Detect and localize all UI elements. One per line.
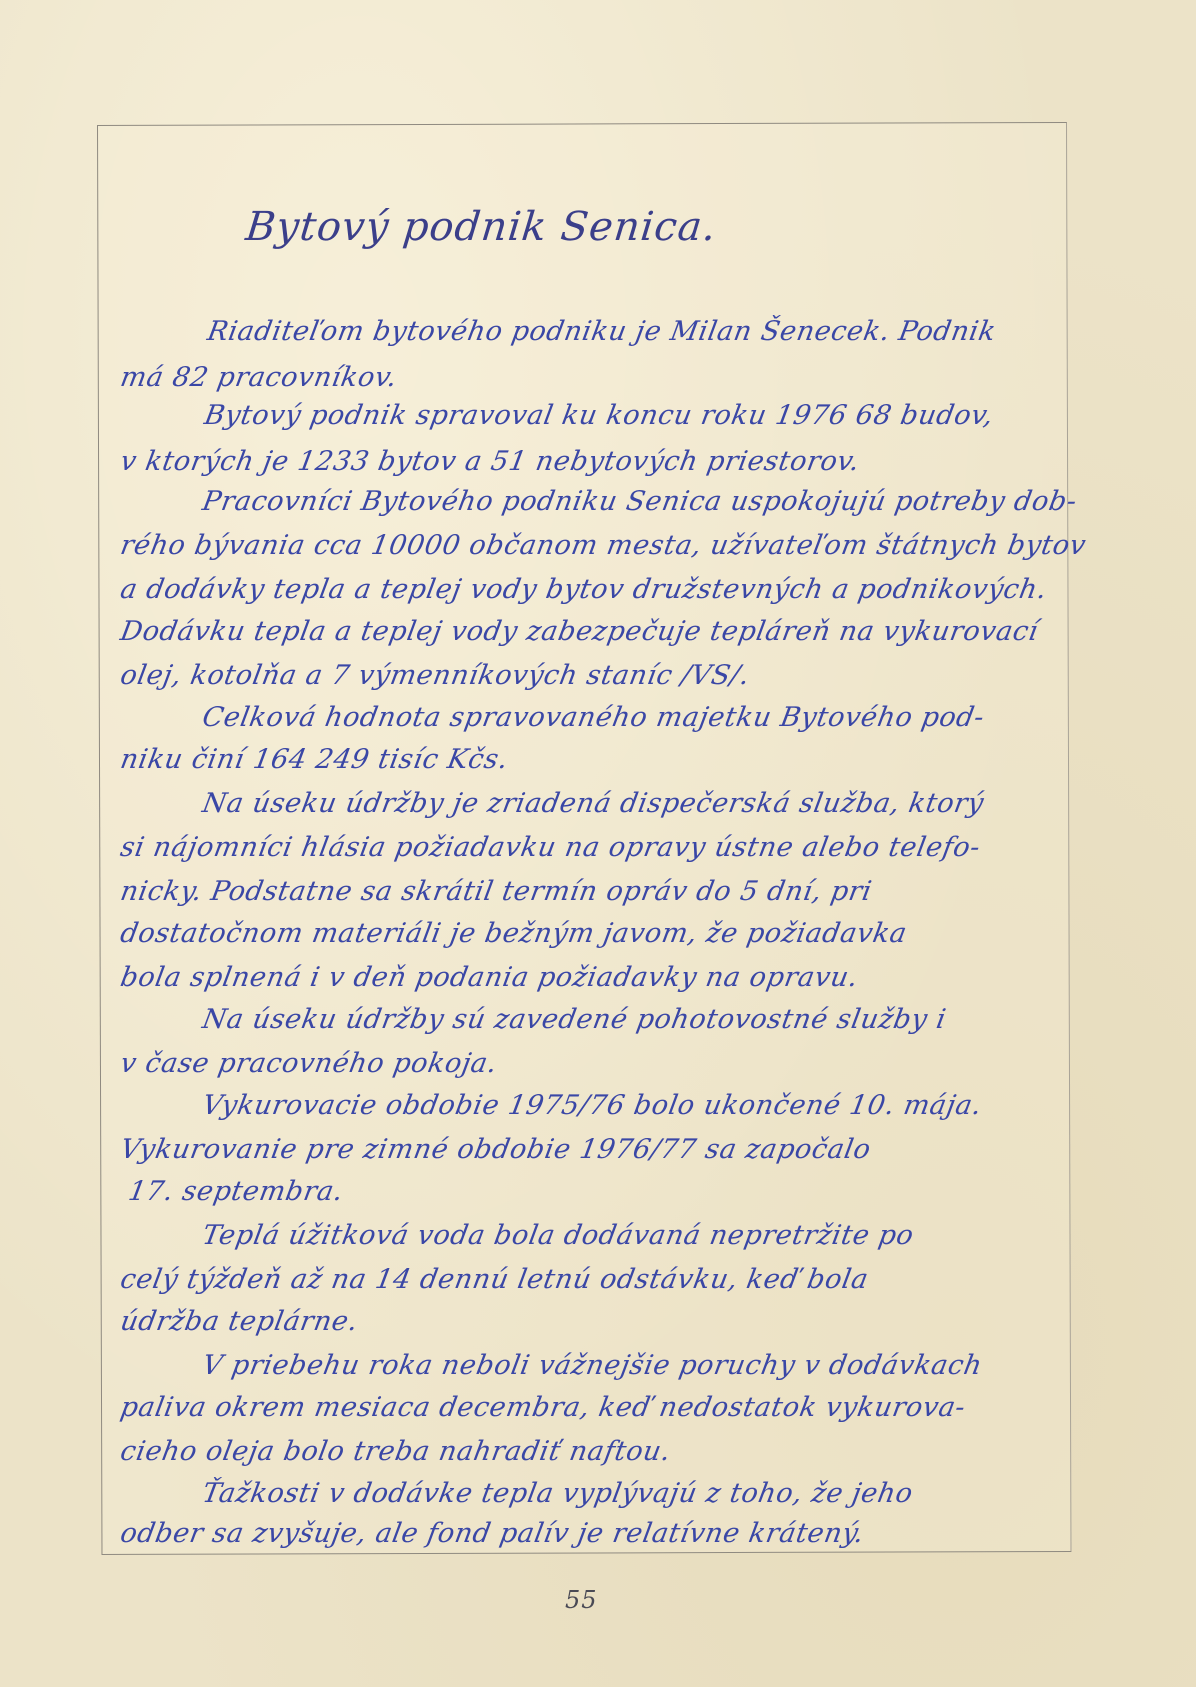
handwritten-line: Riaditeľom bytového podniku je Milan Šen… [205,316,998,347]
handwritten-line: Dodávku tepla a teplej vody zabezpečuje … [118,616,1041,647]
handwritten-line: údržba teplárne. [118,1306,361,1337]
handwritten-line: a dodávky tepla a teplej vody bytov druž… [118,574,1049,605]
handwritten-line: nicky. Podstatne sa skrátil termín opráv… [118,876,874,907]
handwritten-line: olej, kotolňa a 7 výmenníkových staníc /… [118,660,752,691]
handwritten-line: niku činí 164 249 tisíc Kčs. [118,744,511,775]
page-number: 55 [565,1586,598,1614]
handwritten-line: Teplá úžitková voda bola dodávaná nepret… [200,1220,916,1251]
handwritten-line: Bytový podnik spravoval ku koncu roku 19… [202,400,996,431]
handwritten-line: Celková hodnota spravovaného majetku Byt… [200,702,987,733]
handwritten-line: v čase pracovného pokoja. [118,1048,500,1079]
handwritten-line: cieho oleja bolo treba nahradiť naftou. [118,1436,673,1467]
handwritten-line: bola splnená i v deň podania požiadavky … [118,962,861,993]
handwritten-line: Na úseku údržby je zriadená dispečerská … [200,788,986,819]
handwritten-line: má 82 pracovníkov. [118,362,400,393]
handwritten-line: Pracovníci Bytového podniku Senica uspok… [200,486,1079,517]
handwritten-line: Na úseku údržby sú zavedené pohotovostné… [200,1004,949,1035]
handwritten-line: celý týždeň až na 14 dennú letnú odstávk… [118,1264,871,1295]
handwritten-line: rého bývania cca 10000 občanom mesta, už… [118,530,1088,561]
handwritten-line: V priebehu roka neboli vážnejšie poruchy… [200,1350,985,1381]
handwritten-line: Ťažkosti v dodávke tepla vyplývajú z toh… [200,1478,915,1509]
handwritten-line: odber sa zvyšuje, ale fond palív je rela… [118,1518,867,1549]
handwritten-line: dostatočnom materiáli je bežným javom, ž… [118,918,909,949]
handwritten-line: v ktorých je 1233 bytov a 51 nebytových … [118,446,862,477]
document-title: Bytový podnik Senica. [244,204,719,250]
handwritten-line: 17. septembra. [126,1176,346,1207]
handwritten-line: paliva okrem mesiaca decembra, keď nedos… [118,1392,968,1423]
handwritten-line: Vykurovacie obdobie 1975/76 bolo ukončen… [200,1090,984,1121]
handwritten-line: Vykurovanie pre zimné obdobie 1976/77 sa… [118,1134,873,1165]
handwritten-line: si nájomníci hlásia požiadavku na opravy… [118,832,983,863]
